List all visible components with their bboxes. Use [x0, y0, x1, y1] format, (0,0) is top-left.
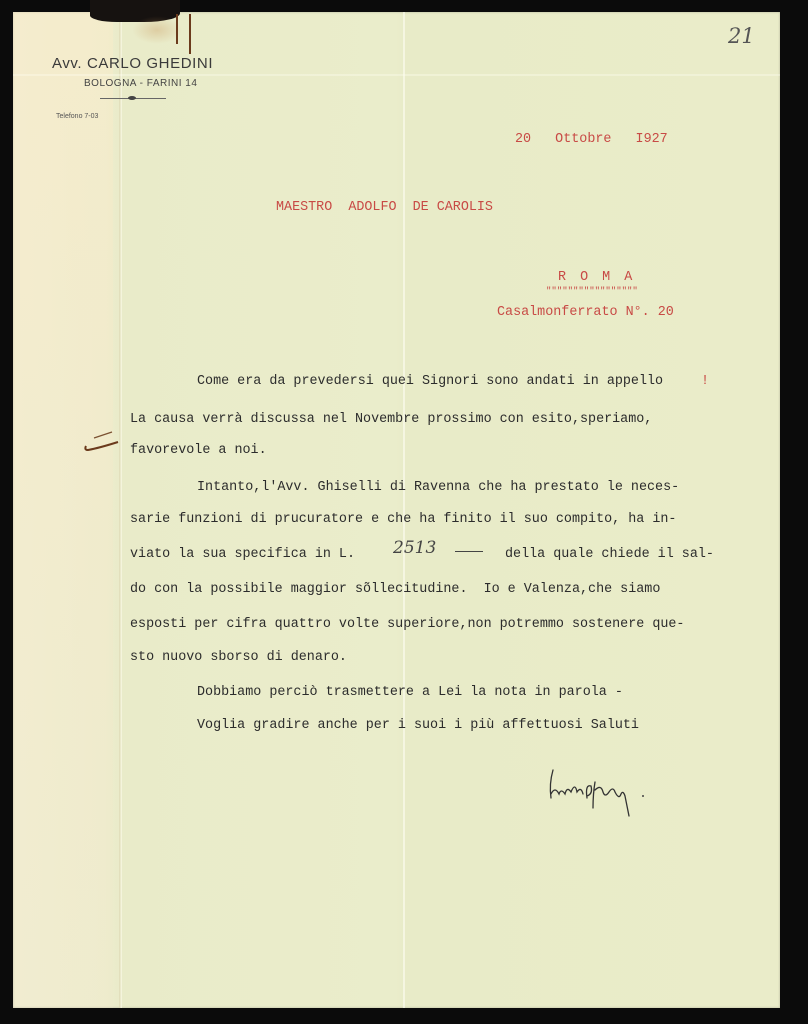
body-line: La causa verrà discussa nel Novembre pro…: [130, 412, 652, 427]
stain-drip: [189, 14, 191, 54]
signature-icon: [527, 746, 655, 829]
body-line: sarie funzioni di prucuratore e che ha f…: [130, 512, 676, 527]
margin-pen-mark-icon: [66, 410, 124, 463]
letter-date: 20 Ottobre I927: [515, 132, 668, 147]
handwritten-amount: 2513: [393, 538, 436, 558]
body-line: viato la sua specifica in L.: [130, 547, 355, 562]
body-line: favorevole a noi.: [130, 443, 267, 458]
fold-crease-center: [403, 12, 405, 1008]
body-line: Come era da prevedersi quei Signori sono…: [197, 374, 663, 389]
body-line: della quale chiede il sal-: [505, 547, 714, 562]
letterhead-telephone: Telefono 7-03: [56, 113, 98, 120]
stain-drip: [176, 14, 178, 44]
rust-stain: [132, 16, 182, 44]
letter-page: [13, 12, 780, 1008]
city-underline: """"""""""""""""": [546, 286, 638, 296]
recipient-city: R O M A: [558, 270, 635, 285]
fold-crease-horizontal: [13, 74, 780, 76]
body-line: Dobbiamo perciò trasmettere a Lei la not…: [197, 685, 623, 700]
amount-dash: [455, 551, 483, 552]
recipient-name: MAESTRO ADOLFO DE CAROLIS: [276, 200, 493, 215]
recipient-street: Casalmonferrato N°. 20: [497, 305, 674, 320]
exclamation-mark: !: [701, 374, 709, 389]
body-line: Intanto,l'Avv. Ghiselli di Ravenna che h…: [197, 480, 679, 495]
letterhead-address: BOLOGNA - FARINI 14: [84, 78, 197, 89]
fold-crease-vertical: [119, 12, 122, 1008]
page-number: 21: [728, 24, 755, 48]
body-line: Voglia gradire anche per i suoi i più af…: [197, 718, 639, 733]
letterhead-ornament-icon: [128, 96, 136, 100]
body-line: do con la possibile maggior sõllecitudin…: [130, 582, 660, 597]
body-line: esposti per cifra quattro volte superior…: [130, 617, 684, 632]
body-line: sto nuovo sborso di denaro.: [130, 650, 347, 665]
letterhead-name: Avv. CARLO GHEDINI: [52, 55, 213, 72]
